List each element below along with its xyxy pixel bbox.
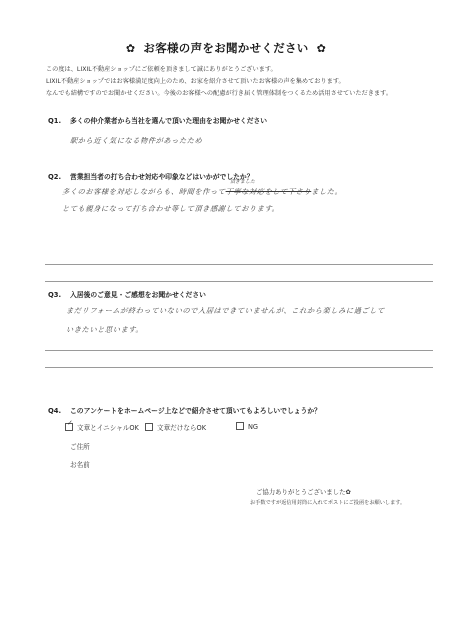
intro-line: この度は、LIXIL不動産ショップにご依頼を頂きまして誠にありがとうございます。 xyxy=(46,64,392,76)
answer-rule-line xyxy=(45,367,433,368)
thanks-message: ご協力ありがとうございました✿ xyxy=(256,487,351,496)
flower-icon: ✿ xyxy=(126,42,136,55)
option-label: NG xyxy=(248,423,258,431)
checkbox-checked[interactable]: ✓ xyxy=(65,423,73,431)
check-mark-icon: ✓ xyxy=(67,420,73,427)
intro-paragraph: この度は、LIXIL不動産ショップにご依頼を頂きまして誠にありがとうございます。… xyxy=(46,64,392,100)
question-number: Q4. xyxy=(48,407,70,415)
answer-2-line-1: 多くのお客様を対応しながらも、時間を作って丁寧な対応をして下さりました。 xyxy=(62,187,343,197)
option-text-only[interactable]: 文章だけならOK xyxy=(145,422,206,432)
name-label: お名前 xyxy=(70,459,90,469)
answer-2-line-2: とても親身になって打ち合わせ等して頂き感謝しております。 xyxy=(62,204,280,214)
struck-text: 丁寧な対応をして下さり xyxy=(225,187,311,196)
answer-text: 多くのお客様を対応しながらも、時間を作って xyxy=(62,187,226,196)
answer-3-line-2: いきたいと思います。 xyxy=(66,325,144,335)
question-4: Q4.このアンケートをホームページ上などで紹介させて頂いてもよろしいでしょうか？ xyxy=(48,405,321,415)
option-text-and-initials[interactable]: ✓文章とイニシャルOK xyxy=(65,422,139,432)
question-1: Q1.多くの仲介業者から当社を選んで頂いた理由をお聞かせください xyxy=(48,115,267,125)
address-label: ご住所 xyxy=(70,441,90,451)
return-instruction: お手数ですが返信用封筒に入れてポストにご投函をお願いします。 xyxy=(250,499,405,506)
checkbox-unchecked[interactable] xyxy=(145,423,153,431)
question-number: Q1. xyxy=(48,117,70,125)
intro-line: LIXIL不動産ショップではお客様満足度向上のため、お家を紹介させて頂いたお客様… xyxy=(46,76,392,88)
option-ng[interactable]: NG xyxy=(236,422,258,431)
answer-rule-line xyxy=(45,350,433,351)
answer-2-correction-note: 頂きました xyxy=(230,178,255,185)
question-text: 営業担当者の打ち合わせ対応や印象などはいかがでしたか？ xyxy=(70,173,254,181)
question-text: 入居後のご意見・ご感想をお聞かせください xyxy=(70,291,206,299)
answer-rule-line xyxy=(45,264,433,265)
intro-line: なんでも結構ですのでお聞かせください。今後のお客様への配慮が行き届く管理体制をつ… xyxy=(46,88,392,100)
checkbox-unchecked[interactable] xyxy=(236,422,244,430)
flower-icon: ✿ xyxy=(317,42,327,55)
question-text: 多くの仲介業者から当社を選んで頂いた理由をお聞かせください xyxy=(70,117,267,125)
question-2: Q2.営業担当者の打ち合わせ対応や印象などはいかがでしたか？ xyxy=(48,171,254,181)
question-3: Q3.入居後のご意見・ご感想をお聞かせください xyxy=(48,289,206,299)
page-title: ✿お客様の声をお聞かせください✿ xyxy=(0,40,452,56)
option-label: 文章だけならOK xyxy=(157,424,206,432)
answer-3-line-1: まだリフォームが終わっていないので入居はできていませんが、これから楽しみに過ごし… xyxy=(66,306,386,316)
title-text: お客様の声をお聞かせください xyxy=(143,41,308,55)
question-number: Q3. xyxy=(48,291,70,299)
option-label: 文章とイニシャルOK xyxy=(77,424,139,432)
answer-rule-line xyxy=(45,281,433,282)
question-number: Q2. xyxy=(48,173,70,181)
answer-text: ました。 xyxy=(311,187,343,196)
answer-1: 駅から近く気になる物件があったため xyxy=(70,136,203,146)
question-text: このアンケートをホームページ上などで紹介させて頂いてもよろしいでしょうか？ xyxy=(70,407,321,415)
